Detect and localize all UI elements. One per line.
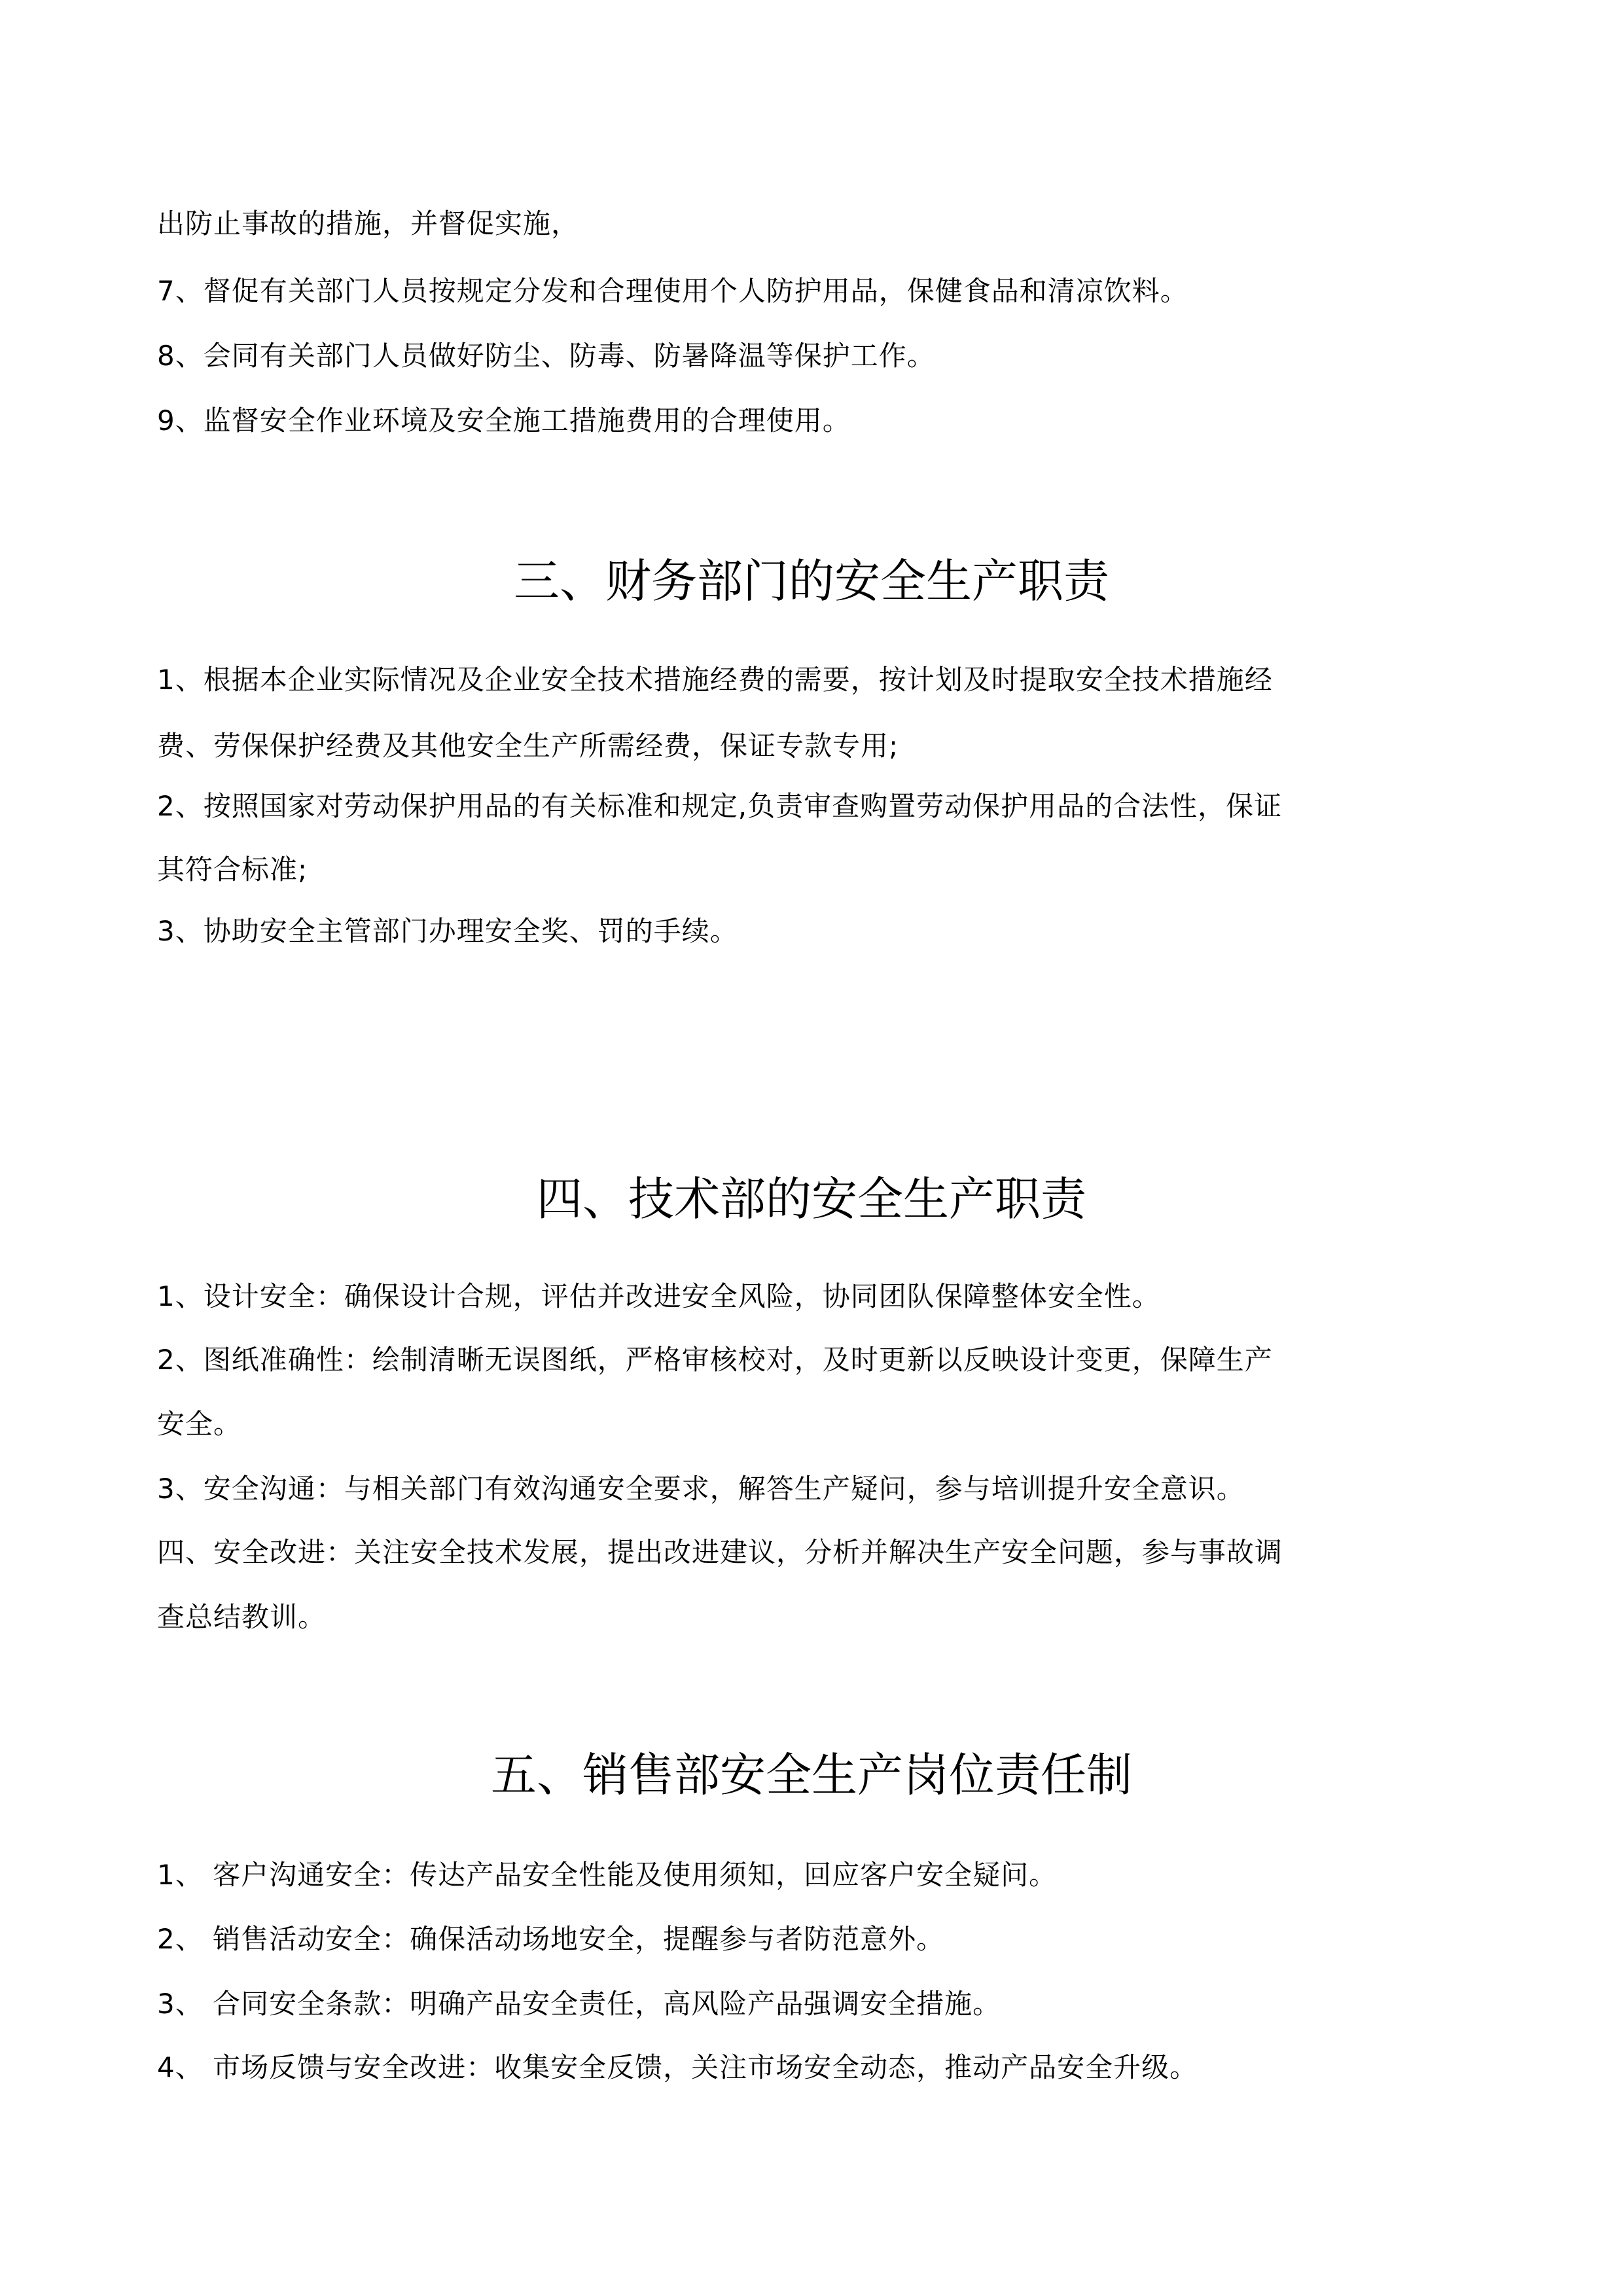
section-heading-sales: 五、销售部安全生产岗位责任制 — [0, 1746, 1623, 1804]
list-item: 1、 客户沟通安全：传达产品安全性能及使用须知，回应客户安全疑问。 — [157, 1856, 1057, 1895]
paragraph-line: 查总结教训。 — [157, 1598, 326, 1637]
list-item: 4、 市场反馈与安全改进：收集安全反馈，关注市场安全动态，推动产品安全升级。 — [157, 2048, 1198, 2087]
list-item: 9、监督安全作业环境及安全施工措施费用的合理使用。 — [157, 401, 851, 440]
paragraph-line: 费、劳保保护经费及其他安全生产所需经费，保证专款专用; — [157, 726, 899, 766]
list-item: 3、 合同安全条款：明确产品安全责任，高风险产品强调安全措施。 — [157, 1984, 1001, 2024]
list-item: 2、按照国家对劳动保护用品的有关标准和规定,负责审查购置劳动保护用品的合法性，保… — [157, 787, 1282, 826]
list-item: 2、 销售活动安全：确保活动场地安全，提醒参与者防范意外。 — [157, 1920, 944, 1959]
list-item: 3、协助安全主管部门办理安全奖、罚的手续。 — [157, 912, 738, 951]
list-item: 3、安全沟通：与相关部门有效沟通安全要求，解答生产疑问，参与培训提升安全意识。 — [157, 1469, 1245, 1509]
list-item: 1、根据本企业实际情况及企业安全技术措施经费的需要，按计划及时提取安全技术措施经 — [157, 660, 1273, 700]
section-heading-technical: 四、技术部的安全生产职责 — [0, 1170, 1623, 1229]
list-item: 四、安全改进：关注安全技术发展，提出改进建议，分析并解决生产安全问题，参与事故调 — [157, 1533, 1283, 1572]
list-item: 1、设计安全：确保设计合规，评估并改进安全风险，协同团队保障整体安全性。 — [157, 1277, 1160, 1316]
list-item: 8、会同有关部门人员做好防尘、防毒、防暑降温等保护工作。 — [157, 336, 935, 376]
paragraph-line: 安全。 — [157, 1405, 241, 1444]
list-item: 2、图纸准确性：绘制清晰无误图纸，严格审核校对，及时更新以反映设计变更，保障生产 — [157, 1340, 1273, 1380]
paragraph-line: 出防止事故的措施，并督促实施， — [157, 204, 579, 243]
section-heading-finance: 三、财务部门的安全生产职责 — [0, 552, 1623, 611]
list-item: 7、督促有关部门人员按规定分发和合理使用个人防护用品，保健食品和清凉饮料。 — [157, 272, 1188, 311]
paragraph-line: 其符合标准; — [157, 850, 308, 889]
